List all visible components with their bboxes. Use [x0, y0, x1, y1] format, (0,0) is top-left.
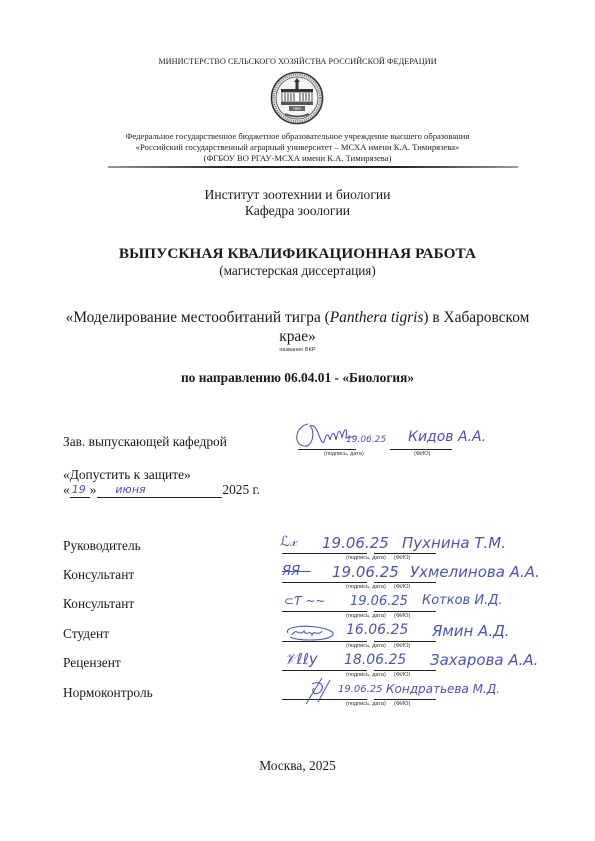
- caption-sign: (подпись, дата): [346, 613, 386, 619]
- role-reviewer: Рецензент: [63, 655, 121, 671]
- admit-to-defense-label: «Допустить к защите»: [63, 467, 191, 483]
- name-line[interactable]: [374, 641, 436, 642]
- role-consultant-2: Консультант: [63, 596, 134, 612]
- caption-name: (ФИО): [394, 613, 410, 619]
- head-signature-line[interactable]: [298, 449, 356, 450]
- signature-line[interactable]: [282, 611, 367, 612]
- role-supervisor: Руководитель: [63, 538, 141, 554]
- role-student: Студент: [63, 626, 109, 642]
- institute-name: Институт зоотехнии и биологии: [0, 187, 595, 203]
- work-subtype: (магистерская диссертация): [0, 263, 595, 279]
- signature-date: 18.06.25: [344, 652, 406, 668]
- work-type-heading: ВЫПУСКНАЯ КВАЛИФИКАЦИОННАЯ РАБОТА: [0, 245, 595, 263]
- title-latin-species: Panthera tigris: [330, 309, 424, 326]
- caption-sign: (подпись, дата): [324, 451, 364, 457]
- signature-row-supervisor: ℒ𝓍 19.06.25 Пухнина Т.М. (подпись, дата)…: [280, 532, 580, 562]
- head-signature-date: 19.06.25: [346, 435, 386, 445]
- admit-month-field[interactable]: июня: [97, 483, 222, 498]
- study-direction: по направлению 06.04.01 - «Биология»: [0, 370, 595, 386]
- signature-scribble-icon: [298, 676, 338, 706]
- name-line[interactable]: [374, 553, 436, 554]
- header-divider: [108, 166, 518, 168]
- head-name: Кидов А.А.: [408, 429, 486, 445]
- signature-date: 19.06.25: [332, 563, 399, 581]
- signatory-name: Котков И.Д.: [422, 593, 503, 608]
- university-name: «Российский государственный аграрный уни…: [0, 142, 595, 153]
- signatory-name: Ямин А.Д.: [432, 622, 510, 640]
- signature-date: 19.06.25: [322, 534, 389, 552]
- university-abbreviation: (ФГБОУ ВО РГАУ-МСХА имени К.А. Тимирязев…: [0, 153, 595, 164]
- signatory-name: Захарова А.А.: [430, 651, 538, 669]
- thesis-title-line2: крае»: [0, 328, 595, 346]
- signatory-name: Ухмелинова А.А.: [410, 563, 540, 581]
- caption-sign: (подпись, дата): [346, 701, 386, 707]
- signature-scribble-icon: ℒ𝓍: [280, 534, 297, 550]
- caption-name: (ФИО): [414, 451, 430, 457]
- role-norm-control: Нормоконтроль: [63, 685, 153, 701]
- signature-row-student: 16.06.25 Ямин А.Д. (подпись, дата) (ФИО): [280, 620, 580, 650]
- thesis-title-line1: «Моделирование местообитаний тигра (Pant…: [0, 309, 595, 327]
- head-of-department-label: Зав. выпускающей кафедрой: [63, 434, 227, 450]
- signature-row-reviewer: 𝒱ℓℓy 18.06.25 Захарова А.А. (подпись, да…: [280, 649, 580, 679]
- signature-scribble-icon: 𝒱ℓℓy: [284, 650, 318, 668]
- svg-text:1865: 1865: [293, 106, 301, 111]
- signature-row-norm-control: 19.06.25 Кондратьева М.Д. (подпись, дата…: [280, 678, 580, 708]
- title-part-before: «Моделирование местообитаний тигра (: [66, 309, 330, 326]
- admit-day-field[interactable]: 19: [70, 483, 90, 498]
- head-name-line[interactable]: [390, 449, 452, 450]
- role-consultant-1: Консультант: [63, 567, 134, 583]
- admit-year: 2025 г.: [222, 482, 259, 497]
- signature-scribble-icon: [282, 623, 342, 643]
- signature-row-consultant-2: ⊂Ƭ ~~ 19.06.25 Котков И.Д. (подпись, дат…: [280, 590, 580, 620]
- ministry-name: МИНИСТЕРСТВО СЕЛЬСКОГО ХОЗЯЙСТВА РОССИЙС…: [0, 57, 595, 66]
- admit-date: «19»июня2025 г.: [63, 482, 323, 498]
- signature-line[interactable]: [282, 553, 367, 554]
- caption-name: (ФИО): [394, 701, 410, 707]
- signature-line[interactable]: [282, 582, 367, 583]
- signature-date: 19.06.25: [338, 684, 383, 695]
- signature-scribble-icon: ⊂Ƭ ~~: [284, 594, 325, 608]
- signature-scribble-icon: ЯЯ –: [282, 564, 311, 579]
- head-signature-block: 19.06.25 Кидов А.А. (подпись, дата) (ФИО…: [290, 418, 530, 460]
- signature-date: 16.06.25: [346, 622, 408, 638]
- name-line[interactable]: [374, 699, 436, 700]
- name-line[interactable]: [374, 611, 436, 612]
- signatory-name: Пухнина Т.М.: [402, 534, 506, 552]
- university-seal-icon: 1865: [270, 71, 324, 125]
- title-part-after: ) в Хабаровском: [423, 309, 529, 326]
- name-line[interactable]: [374, 582, 436, 583]
- city-year: Москва, 2025: [0, 758, 595, 774]
- signature-date: 19.06.25: [350, 594, 408, 609]
- signatory-name: Кондратьева М.Д.: [386, 682, 500, 696]
- title-caption: название ВКР: [0, 347, 595, 353]
- department-name: Кафедра зоологии: [0, 203, 595, 219]
- signature-line[interactable]: [282, 670, 367, 671]
- org-full-name: Федеральное государственное бюджетное об…: [0, 131, 595, 142]
- signature-row-consultant-1: ЯЯ – 19.06.25 Ухмелинова А.А. (подпись, …: [280, 561, 580, 591]
- name-line[interactable]: [374, 670, 436, 671]
